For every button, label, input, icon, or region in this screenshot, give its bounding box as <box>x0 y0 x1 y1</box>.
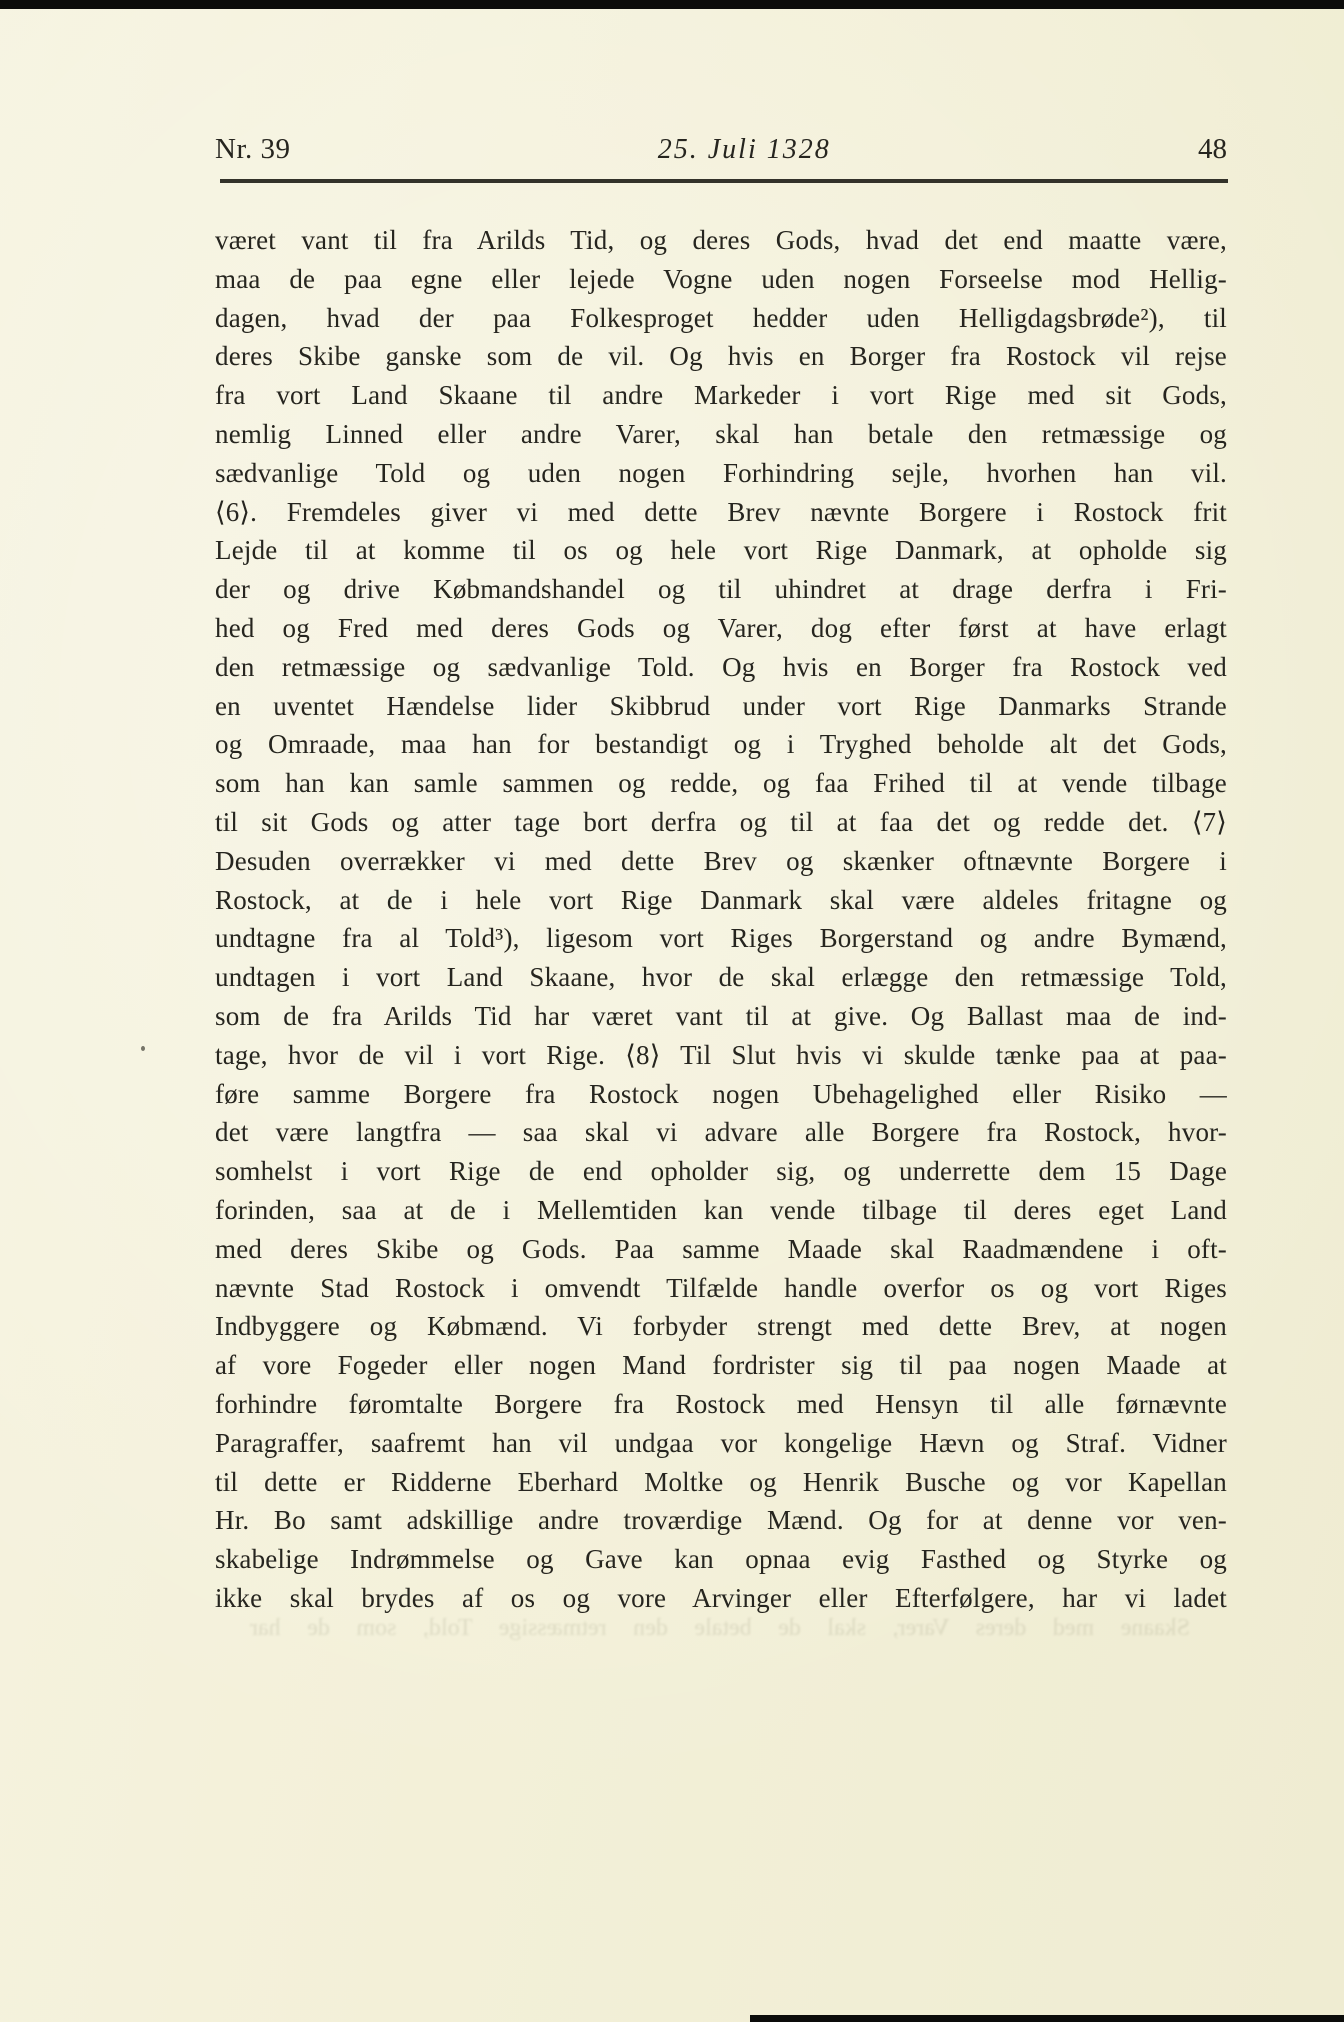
text-line: nemlig Linned eller andre Varer, skal ha… <box>215 415 1227 454</box>
text-line: føre samme Borgere fra Rostock nogen Ube… <box>215 1075 1227 1114</box>
text-line: undtagen i vort Land Skaane, hvor de ska… <box>215 958 1227 997</box>
text-line: Paragraffer, saafremt han vil undgaa vor… <box>215 1424 1227 1463</box>
text-line: og Omraade, maa han for bestandigt og i … <box>215 725 1227 764</box>
scan-border-top <box>0 0 1344 9</box>
text-line: Indbyggere og Købmænd. Vi forbyder stren… <box>215 1307 1227 1346</box>
bleed-through-text: Skaane med deres Varer, skal de betale d… <box>250 1612 1190 1644</box>
text-line: som han kan samle sammen og redde, og fa… <box>215 764 1227 803</box>
margin-ink-speck <box>141 1046 145 1051</box>
text-line: der og drive Købmandshandel og til uhind… <box>215 570 1227 609</box>
text-line: været vant til fra Arilds Tid, og deres … <box>215 221 1227 260</box>
text-line: ⟨6⟩. Fremdeles giver vi med dette Brev n… <box>215 493 1227 532</box>
text-line: undtagne fra al Told³), ligesom vort Rig… <box>215 919 1227 958</box>
text-line: det være langtfra — saa skal vi advare a… <box>215 1113 1227 1152</box>
text-line: af vore Fogeder eller nogen Mand fordris… <box>215 1346 1227 1385</box>
scanned-book-page: Nr. 39 25. Juli 1328 48 været vant til f… <box>0 0 1344 2022</box>
page-number: 48 <box>1198 133 1227 166</box>
header-date: 25. Juli 1328 <box>291 134 1199 166</box>
text-line: tage, hvor de vil i vort Rige. ⟨8⟩ Til S… <box>215 1036 1227 1075</box>
text-line: sædvanlige Told og uden nogen Forhindrin… <box>215 454 1227 493</box>
text-line: Desuden overrækker vi med dette Brev og … <box>215 842 1227 881</box>
text-line: deres Skibe ganske som de vil. Og hvis e… <box>215 337 1227 376</box>
text-line: en uventet Hændelse lider Skibbrud under… <box>215 687 1227 726</box>
text-line: til sit Gods og atter tage bort derfra o… <box>215 803 1227 842</box>
text-line: somhelst i vort Rige de end opholder sig… <box>215 1152 1227 1191</box>
page-header: Nr. 39 25. Juli 1328 48 <box>215 133 1227 175</box>
text-line: fra vort Land Skaane til andre Markeder … <box>215 376 1227 415</box>
text-line: som de fra Arilds Tid har været vant til… <box>215 997 1227 1036</box>
text-line: nævnte Stad Rostock i omvendt Tilfælde h… <box>215 1269 1227 1308</box>
body-paragraph: været vant til fra Arilds Tid, og deres … <box>215 221 1227 1618</box>
text-line: dagen, hvad der paa Folkesproget hedder … <box>215 299 1227 338</box>
text-line: forinden, saa at de i Mellemtiden kan ve… <box>215 1191 1227 1230</box>
text-line: forhindre føromtalte Borgere fra Rostock… <box>215 1385 1227 1424</box>
entry-number: Nr. 39 <box>215 133 291 166</box>
text-line: Hr. Bo samt adskillige andre troværdige … <box>215 1501 1227 1540</box>
text-line: Lejde til at komme til os og hele vort R… <box>215 531 1227 570</box>
text-line: til dette er Ridderne Eberhard Moltke og… <box>215 1463 1227 1502</box>
text-line: skabelige Indrømmelse og Gave kan opnaa … <box>215 1540 1227 1579</box>
text-line: med deres Skibe og Gods. Paa samme Maade… <box>215 1230 1227 1269</box>
text-line: den retmæssige og sædvanlige Told. Og hv… <box>215 648 1227 687</box>
header-rule <box>220 179 1228 183</box>
text-line: maa de paa egne eller lejede Vogne uden … <box>215 260 1227 299</box>
scan-border-bottom <box>750 2015 1344 2022</box>
text-line: Rostock, at de i hele vort Rige Danmark … <box>215 881 1227 920</box>
text-line: hed og Fred med deres Gods og Varer, dog… <box>215 609 1227 648</box>
